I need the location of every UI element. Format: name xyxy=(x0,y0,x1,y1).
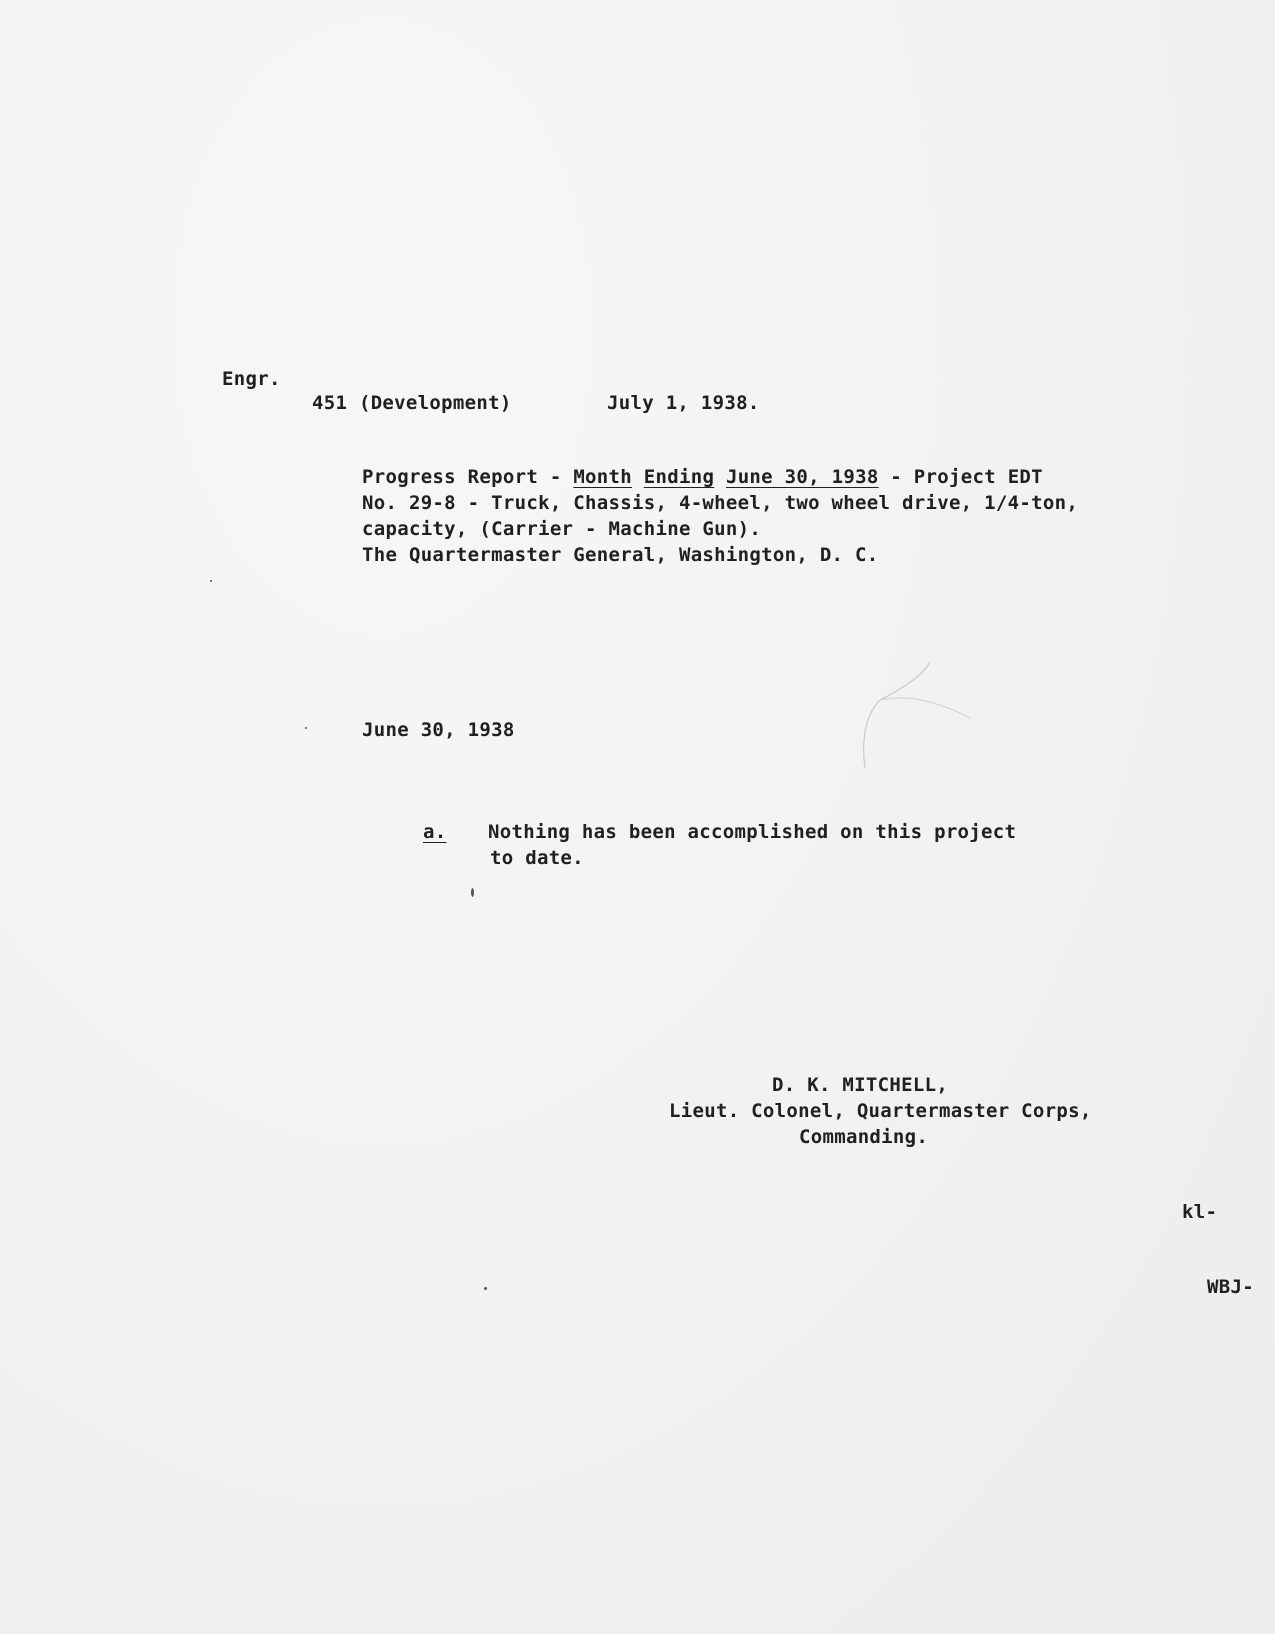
subject-line-3: capacity, (Carrier - Machine Gun). xyxy=(362,516,761,542)
file-reference: 451 (Development) xyxy=(312,390,512,416)
paper-crease xyxy=(850,660,980,770)
reviewer-initials: WBJ- xyxy=(1207,1274,1254,1300)
signer-name: D. K. MITCHELL, xyxy=(772,1072,948,1098)
ink-speck xyxy=(210,580,212,582)
ink-speck xyxy=(471,888,474,897)
ink-speck xyxy=(305,727,307,729)
item-text-line-1: Nothing has been accomplished on this pr… xyxy=(488,819,1016,845)
signer-role: Commanding. xyxy=(799,1124,928,1150)
addressee: The Quartermaster General, Washington, D… xyxy=(362,542,879,568)
typist-initials: kl- xyxy=(1182,1199,1217,1225)
document-page: Engr. 451 (Development) July 1, 1938. Pr… xyxy=(0,0,1275,1634)
office-label: Engr. xyxy=(222,366,281,392)
item-text-line-2: to date. xyxy=(490,845,584,871)
letter-date: July 1, 1938. xyxy=(607,390,760,416)
report-date: June 30, 1938 xyxy=(362,717,515,743)
signer-title: Lieut. Colonel, Quartermaster Corps, xyxy=(669,1098,1092,1124)
item-label: a. xyxy=(423,819,446,845)
subject-line-2: No. 29-8 - Truck, Chassis, 4-wheel, two … xyxy=(362,490,1078,516)
subject-line-1: Progress Report - Month Ending June 30, … xyxy=(362,464,1043,490)
ink-speck xyxy=(484,1287,487,1290)
